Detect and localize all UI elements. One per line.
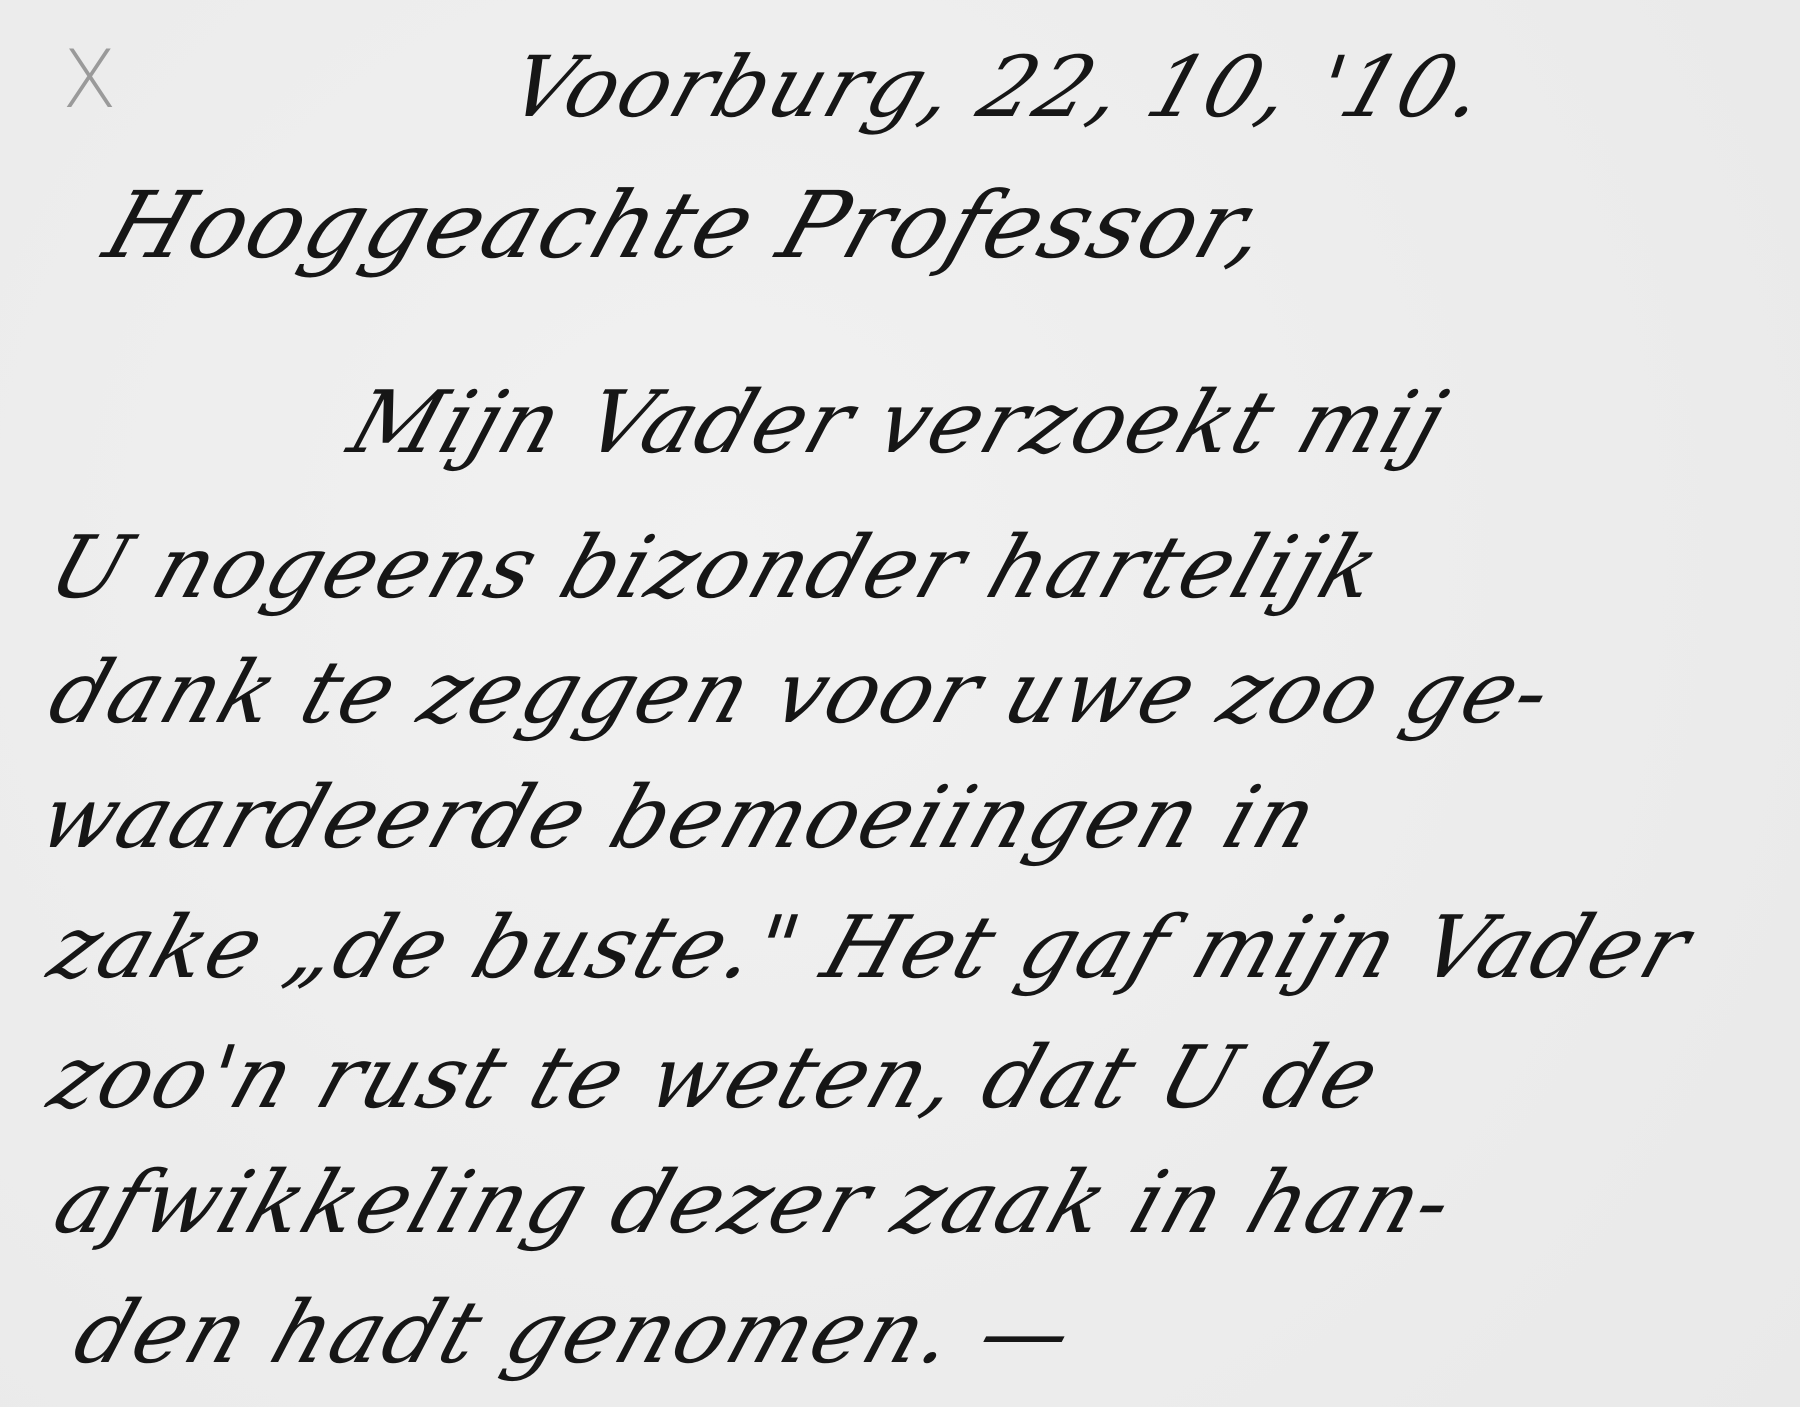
body-line: zake „de buste." Het gaf mijn Vader	[40, 905, 1701, 991]
body-line: afwikkeling dezer zaak in han-	[45, 1160, 1464, 1246]
body-line: Mijn Vader verzoekt mij	[340, 380, 1457, 466]
body-line: zoo'n rust te weten, dat U de	[40, 1035, 1391, 1121]
salutation: Hooggeachte Professor,	[95, 180, 1281, 272]
corner-x-mark: X	[62, 40, 117, 120]
body-line: den hadt genomen. —	[65, 1290, 1085, 1376]
body-line: waardeerde bemoeiingen in	[30, 775, 1329, 861]
letter-page: X Voorburg, 22, 10, '10. Hooggeachte Pro…	[0, 0, 1800, 1407]
body-line: U nogeens bizonder hartelijk	[40, 525, 1391, 611]
dateline: Voorburg, 22, 10, '10.	[500, 45, 1498, 129]
body-line: dank te zeggen voor uwe zoo ge-	[40, 650, 1563, 736]
